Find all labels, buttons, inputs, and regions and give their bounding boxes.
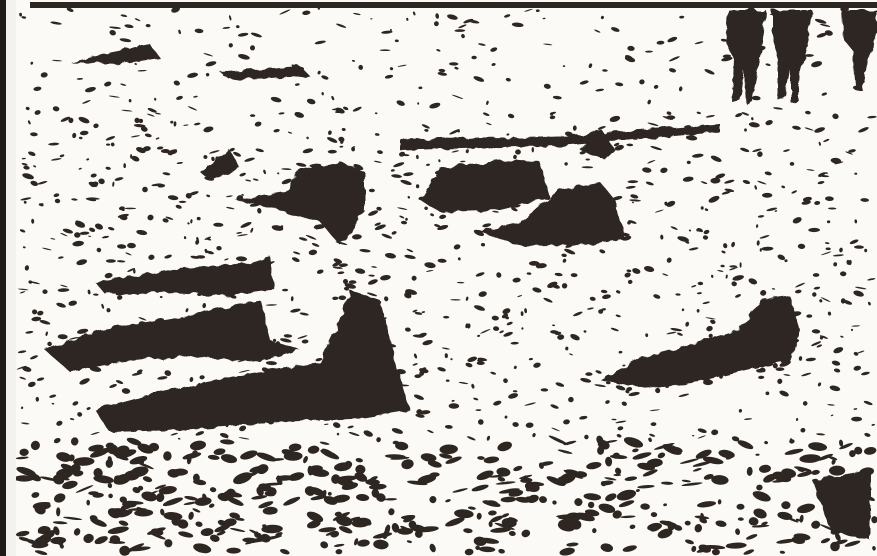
waterline-shadow [400,124,720,150]
photo-canvas [16,0,877,556]
scan-margin [6,0,16,556]
top-edge-band [30,2,877,8]
whale-foreground-left [45,300,300,372]
person-legs-1 [726,10,766,104]
shadow-corner [812,470,870,540]
whale-background-left [200,150,240,180]
whale-distant-left [70,44,160,64]
whale-background-middle [420,160,550,212]
whale-background-center [235,162,365,245]
whale-right [600,296,800,388]
person-legs-3 [842,10,877,90]
whale-distant-center [220,66,310,80]
beach-whale-photo [16,0,877,556]
